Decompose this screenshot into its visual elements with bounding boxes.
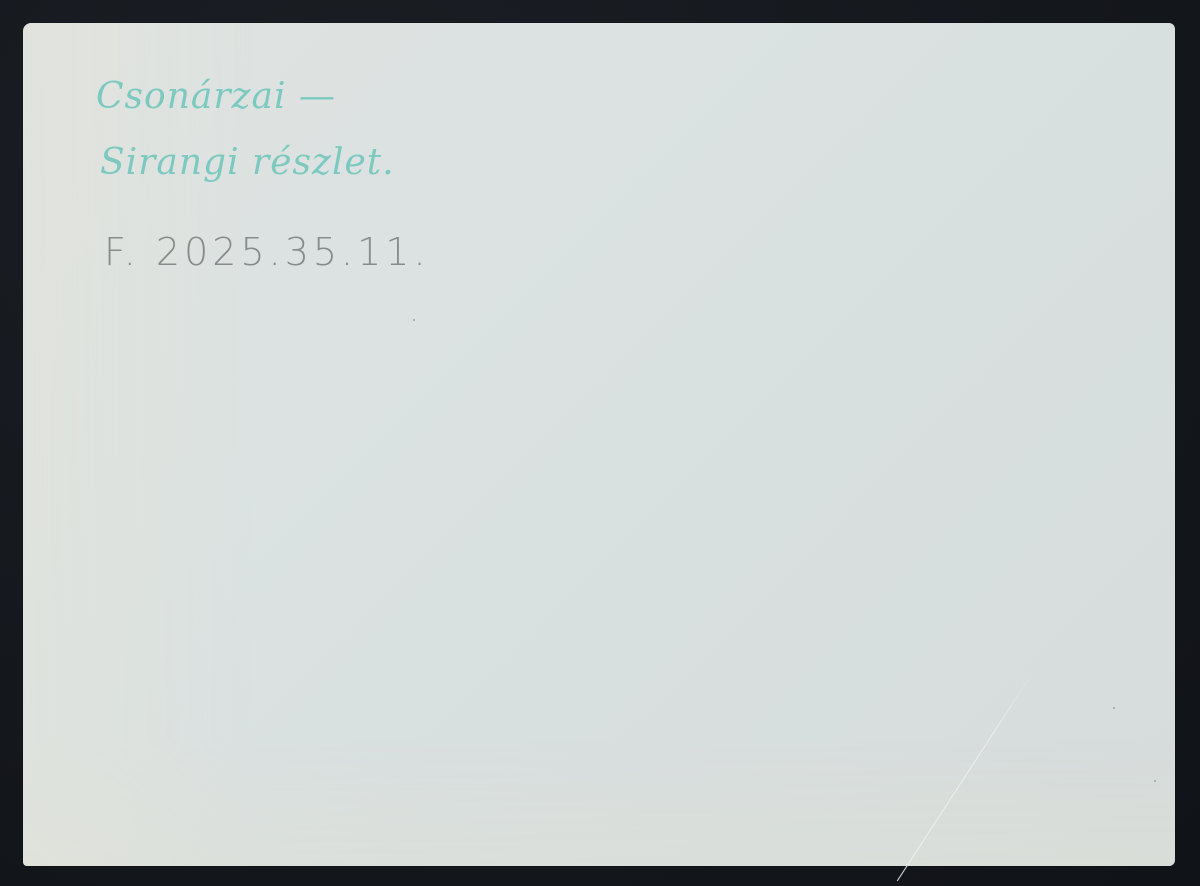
pencil-inventory-number: F. 2025.35.11. xyxy=(104,230,430,274)
paper-speck xyxy=(413,319,415,321)
ink-inscription-line-2: Sirangi részlet. xyxy=(100,142,395,183)
paper-speck xyxy=(1113,707,1115,709)
card-crease xyxy=(897,671,1034,881)
ink-inscription-line-1: Csonárzai — xyxy=(96,76,336,117)
paper-speck xyxy=(1154,780,1156,782)
